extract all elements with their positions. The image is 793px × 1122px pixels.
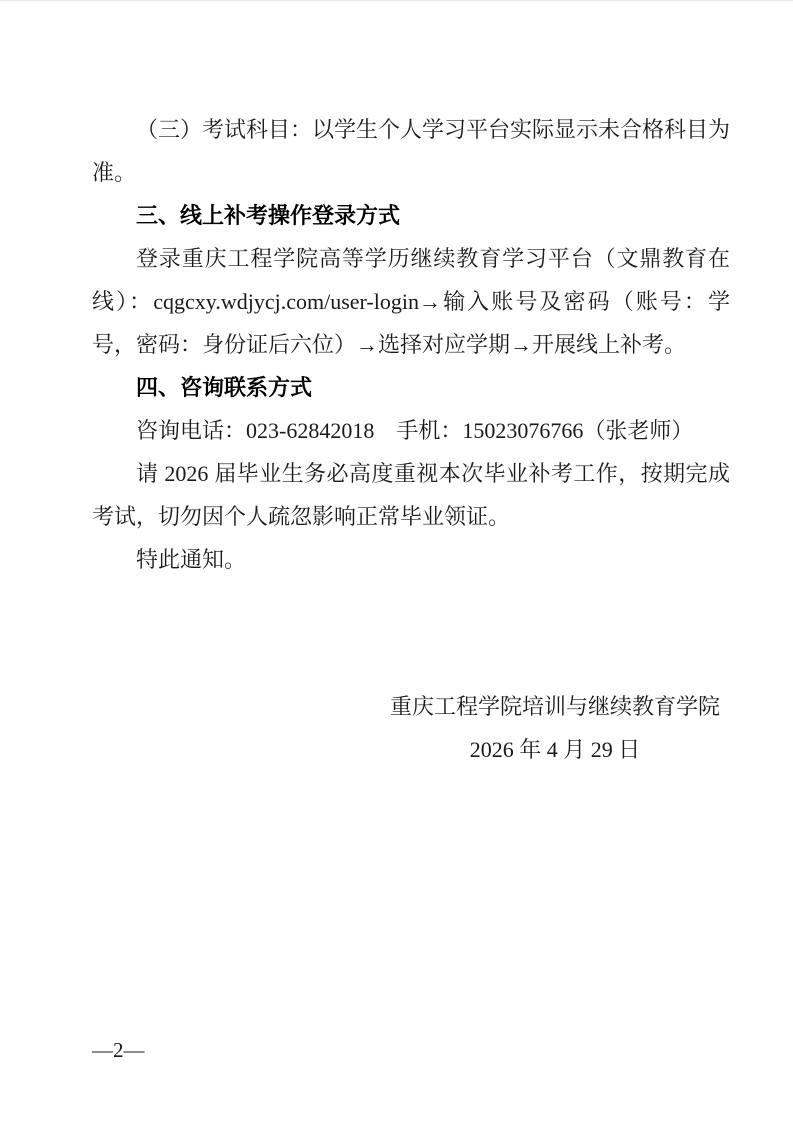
paragraph-hereby-notice: 特此通知。 bbox=[92, 538, 730, 581]
paragraph-contact-phones: 咨询电话：023-62842018 手机：15023076766（张老师） bbox=[92, 409, 730, 452]
document-body: （三）考试科目：以学生个人学习平台实际显示未合格科目为准。 三、线上补考操作登录… bbox=[92, 108, 730, 771]
paragraph-exam-subjects: （三）考试科目：以学生个人学习平台实际显示未合格科目为准。 bbox=[92, 108, 730, 194]
heading-section-4-contact: 四、咨询联系方式 bbox=[92, 366, 730, 409]
page-number: —2— bbox=[92, 1037, 145, 1063]
paragraph-login-instructions: 登录重庆工程学院高等学历继续教育学习平台（文鼎教育在线）：cqgcxy.wdjy… bbox=[92, 237, 730, 366]
heading-section-3-login-method: 三、线上补考操作登录方式 bbox=[92, 194, 730, 237]
signature-block: 重庆工程学院培训与继续教育学院 2026 年 4 月 29 日 bbox=[92, 685, 730, 771]
paragraph-reminder: 请 2026 届毕业生务必高度重视本次毕业补考工作，按期完成考试，切勿因个人疏忽… bbox=[92, 452, 730, 538]
document-page: （三）考试科目：以学生个人学习平台实际显示未合格科目为准。 三、线上补考操作登录… bbox=[0, 0, 793, 1122]
signature-org: 重庆工程学院培训与继续教育学院 bbox=[390, 685, 720, 728]
signature-date: 2026 年 4 月 29 日 bbox=[390, 728, 720, 771]
signature-inner: 重庆工程学院培训与继续教育学院 2026 年 4 月 29 日 bbox=[390, 685, 720, 771]
